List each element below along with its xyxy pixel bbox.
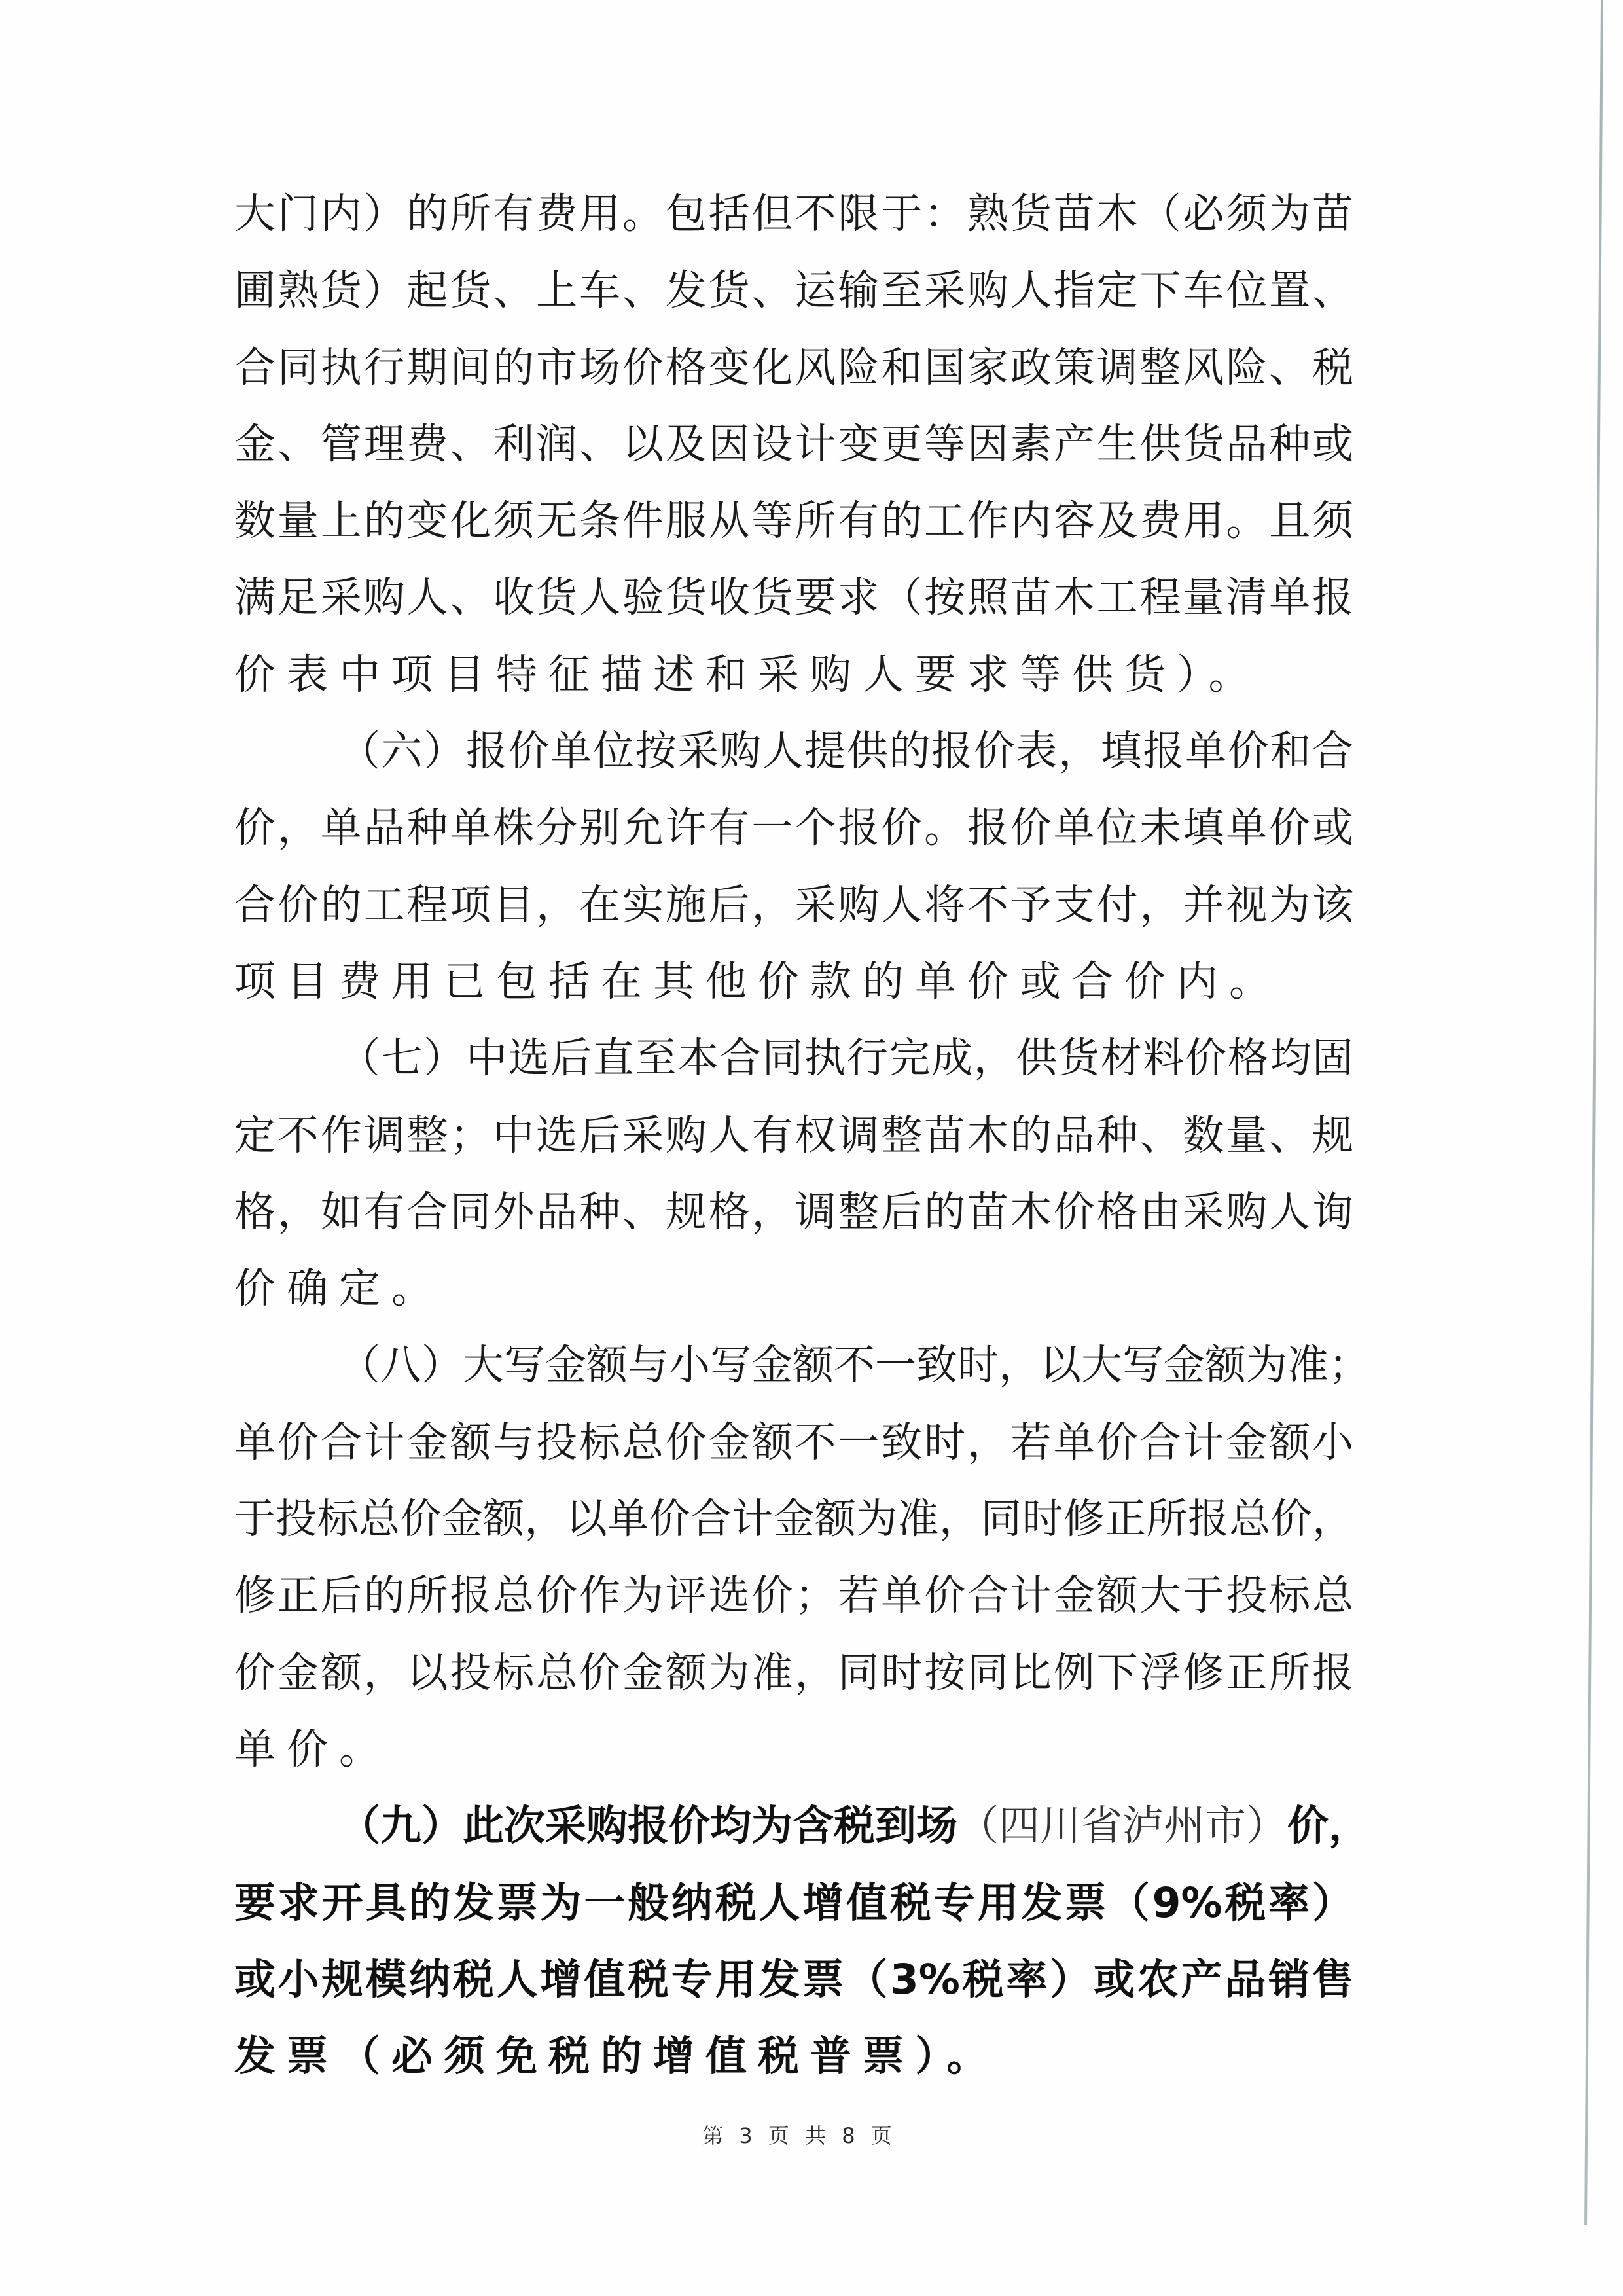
text-line: 数量上的变化须无条件服从等所有的工作内容及费用。且须: [234, 482, 1353, 559]
body-text: 大门内）的所有费用。包括但不限于：熟货苗木（必须为苗 圃熟货）起货、上车、发货、…: [234, 175, 1353, 2094]
text-line: 单价合计金额与投标总价金额不一致时，若单价合计金额小: [234, 1404, 1353, 1480]
text-line: 价确定。: [234, 1250, 1353, 1327]
text-line: 价，单品种单株分别允许有一个报价。报价单位未填单价或: [234, 789, 1353, 866]
text-line: 满足采购人、收货人验货收货要求（按照苗木工程量清单报: [234, 559, 1353, 636]
text-line-bold: （九）此次采购报价均为含税到场（四川省泸州市）价，: [234, 1787, 1353, 1864]
delivery-location: （四川省泸州市）: [957, 1802, 1287, 1850]
text-line: 金、管理费、利润、以及因设计变更等因素产生供货品种或: [234, 406, 1353, 482]
text-line: 单价。: [234, 1711, 1353, 1787]
text-line-bold: 或小规模纳税人增值税专用发票（3%税率）或农产品销售: [234, 1941, 1353, 2018]
text-line: （八）大写金额与小写金额不一致时，以大写金额为准；: [234, 1327, 1353, 1403]
text-line-bold: 发票（必须免税的增值税普票）。: [234, 2018, 1353, 2094]
text-line: 格，如有合同外品种、规格，调整后的苗木价格由采购人询: [234, 1174, 1353, 1250]
text-line: 于投标总价金额，以单价合计金额为准，同时修正所报总价，: [234, 1480, 1353, 1557]
paragraph-item-6: （六）报价单位按采购人提供的报价表，填报单价和合 价，单品种单株分别允许有一个报…: [234, 713, 1353, 1020]
text-line: 项目费用已包括在其他价款的单价或合价内。: [234, 943, 1353, 1020]
text-line: 价表中项目特征描述和采购人要求等供货）。: [234, 636, 1353, 713]
paragraph-continuation: 大门内）的所有费用。包括但不限于：熟货苗木（必须为苗 圃熟货）起货、上车、发货、…: [234, 175, 1353, 713]
text-line: 大门内）的所有费用。包括但不限于：熟货苗木（必须为苗: [234, 175, 1353, 252]
page-footer: 第 3 页 共 8 页: [0, 2119, 1623, 2152]
text-line: （六）报价单位按采购人提供的报价表，填报单价和合: [234, 713, 1353, 789]
document-page: 大门内）的所有费用。包括但不限于：熟货苗木（必须为苗 圃熟货）起货、上车、发货、…: [0, 0, 1623, 2296]
paragraph-item-9: （九）此次采购报价均为含税到场（四川省泸州市）价， 要求开具的发票为一般纳税人增…: [234, 1787, 1353, 2094]
text-line: 合同执行期间的市场价格变化风险和国家政策调整风险、税: [234, 329, 1353, 406]
text-line: 修正后的所报总价作为评选价；若单价合计金额大于投标总: [234, 1557, 1353, 1634]
paragraph-item-8: （八）大写金额与小写金额不一致时，以大写金额为准； 单价合计金额与投标总价金额不…: [234, 1327, 1353, 1787]
scan-edge-line: [1584, 0, 1603, 2225]
item-9-price-suffix: 价，: [1287, 1802, 1370, 1850]
text-line: （七）中选后直至本合同执行完成，供货材料价格均固: [234, 1020, 1353, 1096]
text-line: 定不作调整；中选后采购人有权调整苗木的品种、数量、规: [234, 1097, 1353, 1174]
text-line: 圃熟货）起货、上车、发货、运输至采购人指定下车位置、: [234, 252, 1353, 329]
paragraph-item-7: （七）中选后直至本合同执行完成，供货材料价格均固 定不作调整；中选后采购人有权调…: [234, 1020, 1353, 1327]
page-number: 第 3 页 共 8 页: [702, 2119, 895, 2149]
text-line: 合价的工程项目，在实施后，采购人将不予支付，并视为该: [234, 867, 1353, 943]
text-line: 价金额，以投标总价金额为准，同时按同比例下浮修正所报: [234, 1634, 1353, 1711]
item-9-lead: （九）此次采购报价均为含税到场: [339, 1802, 957, 1850]
text-line-bold: 要求开具的发票为一般纳税人增值税专用发票（9%税率）: [234, 1865, 1353, 1941]
